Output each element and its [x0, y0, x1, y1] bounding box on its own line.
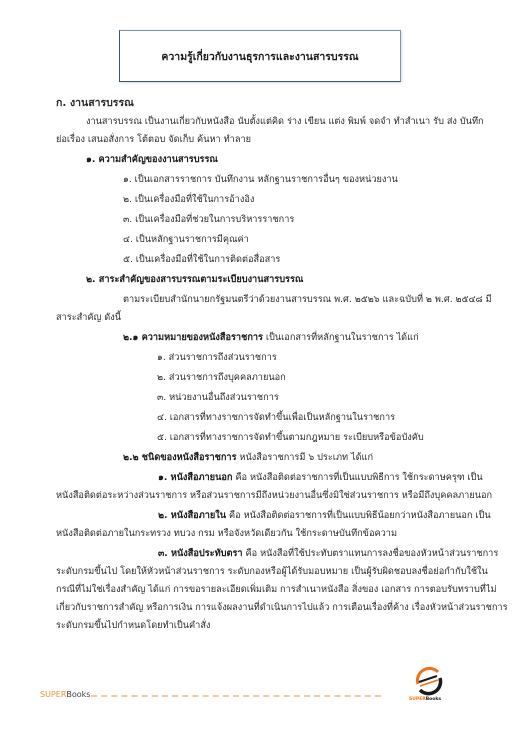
type3-line-5: ระดับกรมขึ้นไปกำหนดโดยทำเป็นคำสั่ง [56, 619, 210, 633]
sub1-label: ๒.๑ ความหมายของหนังสือราชการ [123, 332, 263, 343]
sub1-item: ๓. หน่วยงานอื่นถึงส่วนราชการ [157, 391, 279, 405]
type3-line-4: เกี่ยวกับราชการสำคัญ หรือการเงิน การแจ้ง… [56, 601, 508, 615]
footer-brand-books: Books [66, 690, 90, 699]
sec1-item: ๒. เป็นเครื่องมือที่ใช้ในการอ้างอิง [123, 193, 254, 207]
sec2-heading: ๒. สาระสำคัญของสารบรรณตามระเบียบงานสารบร… [86, 273, 303, 287]
type1-line-1: ๑. หนังสือภายนอก คือ หนังสือติดต่อราชการ… [158, 471, 483, 485]
title-box: ความรู้เกี่ยวกับงานธุรการและงานสารบรรณ [119, 30, 401, 82]
sec1-item: ๔. เป็นหลักฐานราชการมีคุณค่า [123, 233, 249, 247]
sub1-line: ๒.๑ ความหมายของหนังสือราชการ เป็นเอกสารท… [123, 331, 419, 345]
sub2-line: ๒.๒ ชนิดของหนังสือราชการ หนังสือราชการมี… [123, 451, 373, 465]
sec1-item: ๕. เป็นเครื่องมือที่ใช้ในการติดต่อสื่อสา… [123, 253, 280, 267]
footer-brand-super: SUPER [40, 690, 66, 699]
sec1-item: ๑. เป็นเอกสารราชการ บันทึกงาน หลักฐานราช… [123, 173, 398, 187]
type3-text: คือ หนังสือที่ใช้ประทับตราแทนการลงชื่อขอ… [243, 548, 499, 559]
sub1-text: เป็นเอกสารที่หลักฐานในราชการ ได้แก่ [263, 332, 419, 343]
superbooks-logo-icon [410, 662, 446, 700]
sub1-item: ๔. เอกสารที่ทางราชการจัดทำขึ้นเพื่อเป็นห… [157, 411, 395, 425]
sec1-heading: ๑. ความสำคัญของงานสารบรรณ [86, 153, 218, 167]
type2-label: ๒. หนังสือภายใน [158, 510, 226, 521]
page-title: ความรู้เกี่ยวกับงานธุรการและงานสารบรรณ [161, 48, 358, 65]
section-heading: ก. งานสารบรรณ [56, 96, 134, 110]
type1-label: ๑. หนังสือภายนอก [158, 472, 232, 483]
sub1-item: ๑. ส่วนราชการถึงส่วนราชการ [157, 351, 277, 365]
logo-text-books: Books [426, 697, 441, 702]
type3-line-1: ๓. หนังสือประทับตรา คือ หนังสือที่ใช้ประ… [158, 547, 498, 561]
logo-text-super: SUPER [409, 697, 426, 702]
sec1-item: ๓. เป็นเครื่องมือที่ช่วยในการบริหารราชกา… [123, 213, 294, 227]
type2-line-2: หนังสือติดต่อภายในกระทรวง ทบวง กรม หรือจ… [56, 527, 397, 541]
type3-line-2: ระดับกรมขึ้นไป โดยให้หัวหน้าส่วนราชการ ร… [56, 565, 488, 579]
type1-text: คือ หนังสือติดต่อราชการที่เป็นแบบพิธีการ… [232, 472, 482, 483]
sec2-intro-line-2: สาระสำคัญ ดังนี้ [56, 311, 121, 325]
type2-text: คือ หนังสือติดต่อราชการที่เป็นแบบพิธีน้อ… [226, 510, 491, 521]
sub1-item: ๒. ส่วนราชการถึงบุคคลภายนอก [157, 371, 286, 385]
type1-line-2: หนังสือติดต่อระหว่างส่วนราชการ หรือส่วนร… [56, 489, 492, 503]
footer-dashed-rule [91, 695, 381, 697]
intro-line-2: ย่อเรื่อง เสนอสั่งการ โต้ตอบ จัดเก็บ ค้น… [56, 133, 251, 147]
type3-label: ๓. หนังสือประทับตรา [158, 548, 243, 559]
type2-line-1: ๒. หนังสือภายใน คือ หนังสือติดต่อราชการท… [158, 509, 491, 523]
sub2-label: ๒.๒ ชนิดของหนังสือราชการ [123, 452, 237, 463]
intro-line-1: งานสารบรรณ เป็นงานเกี่ยวกับหนังสือ นับตั… [86, 115, 484, 129]
type3-line-3: กรณีที่ไม่ใช่เรื่องสำคัญ ได้แก่ การขอราย… [56, 583, 497, 597]
footer-brand: SUPERBooks [40, 690, 90, 699]
sub2-text: หนังสือราชการมี ๖ ประเภท ได้แก่ [237, 452, 374, 463]
sub1-item: ๕. เอกสารที่ทางราชการจัดทำขึ้นตามกฎหมาย … [157, 431, 424, 445]
sec2-intro-line-1: ตามระเบียบสำนักนายกรัฐมนตรีว่าด้วยงานสาร… [123, 293, 492, 307]
logo-text: SUPERBooks [409, 697, 441, 702]
